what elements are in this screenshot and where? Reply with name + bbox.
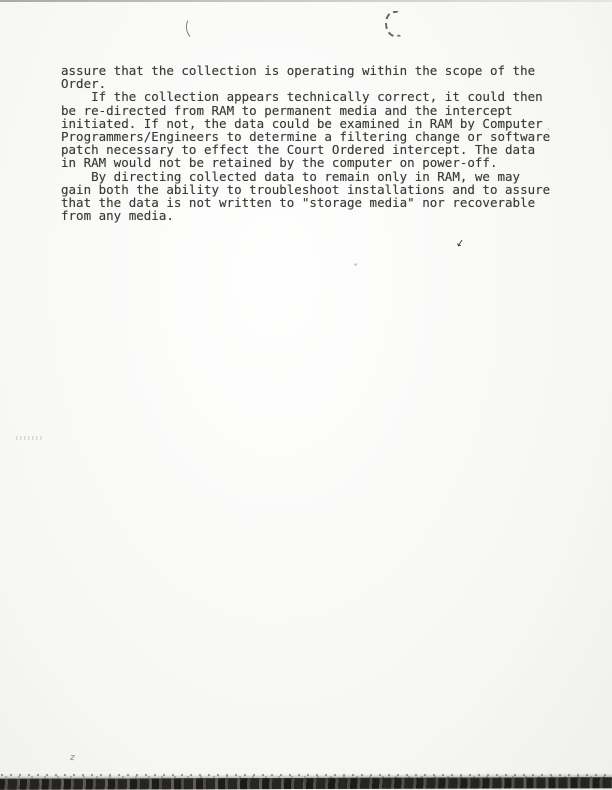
- pencil-mark: z: [69, 753, 75, 764]
- scan-edge-bottom: [0, 777, 612, 790]
- scan-speck: [547, 128, 550, 131]
- scan-dot-row: [16, 436, 42, 440]
- scan-edge-top: [0, 0, 612, 2]
- scanned-document-page: assure that the collection is operating …: [0, 0, 612, 790]
- handwritten-arrow-mark: ↙: [455, 237, 465, 250]
- scan-speck: [353, 263, 358, 266]
- document-body-text: assure that the collection is operating …: [61, 64, 550, 222]
- copy-mark-right: [384, 10, 405, 37]
- copy-mark-left: [185, 16, 203, 40]
